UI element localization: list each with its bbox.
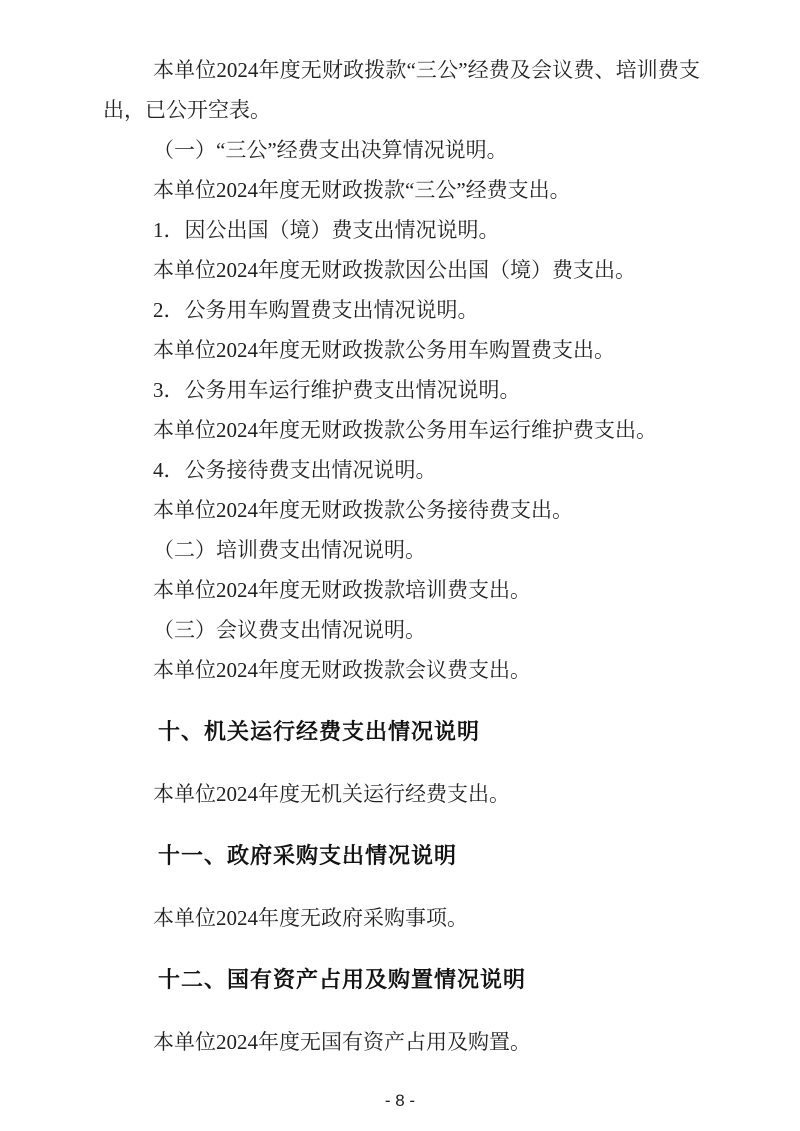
paragraph: 1．因公出国（境）费支出情况说明。	[103, 210, 700, 250]
document-page: 本单位2024年度无财政拨款“三公”经费及会议费、培训费支出，已公开空表。 （一…	[0, 0, 800, 1131]
section-heading-government-procurement: 十一、政府采购支出情况说明	[103, 836, 700, 876]
paragraph: 本单位2024年度无财政拨款公务用车运行维护费支出。	[103, 410, 700, 450]
paragraph: 2．公务用车购置费支出情况说明。	[103, 290, 700, 330]
paragraph: 本单位2024年度无机关运行经费支出。	[103, 774, 700, 814]
paragraph: （三）会议费支出情况说明。	[103, 610, 700, 650]
paragraph: 本单位2024年度无财政拨款培训费支出。	[103, 570, 700, 610]
paragraph: 4．公务接待费支出情况说明。	[103, 450, 700, 490]
paragraph: （二）培训费支出情况说明。	[103, 530, 700, 570]
paragraph: 本单位2024年度无财政拨款会议费支出。	[103, 650, 700, 690]
section-heading-organ-operating-expense: 十、机关运行经费支出情况说明	[103, 712, 700, 752]
section-heading-state-owned-assets: 十二、国有资产占用及购置情况说明	[103, 960, 700, 1000]
paragraph: 本单位2024年度无财政拨款“三公”经费支出。	[103, 170, 700, 210]
page-number: - 8 -	[385, 1091, 415, 1110]
document-body: 本单位2024年度无财政拨款“三公”经费及会议费、培训费支出，已公开空表。 （一…	[103, 50, 700, 1062]
page-footer: - 8 -	[0, 1090, 800, 1112]
paragraph: 本单位2024年度无财政拨款因公出国（境）费支出。	[103, 250, 700, 290]
paragraph: （一）“三公”经费支出决算情况说明。	[103, 130, 700, 170]
paragraph: 本单位2024年度无国有资产占用及购置。	[103, 1022, 700, 1062]
paragraph: 本单位2024年度无财政拨款公务接待费支出。	[103, 490, 700, 530]
paragraph: 本单位2024年度无财政拨款“三公”经费及会议费、培训费支出，已公开空表。	[103, 50, 700, 130]
paragraph: 本单位2024年度无政府采购事项。	[103, 898, 700, 938]
paragraph: 本单位2024年度无财政拨款公务用车购置费支出。	[103, 330, 700, 370]
paragraph: 3．公务用车运行维护费支出情况说明。	[103, 370, 700, 410]
